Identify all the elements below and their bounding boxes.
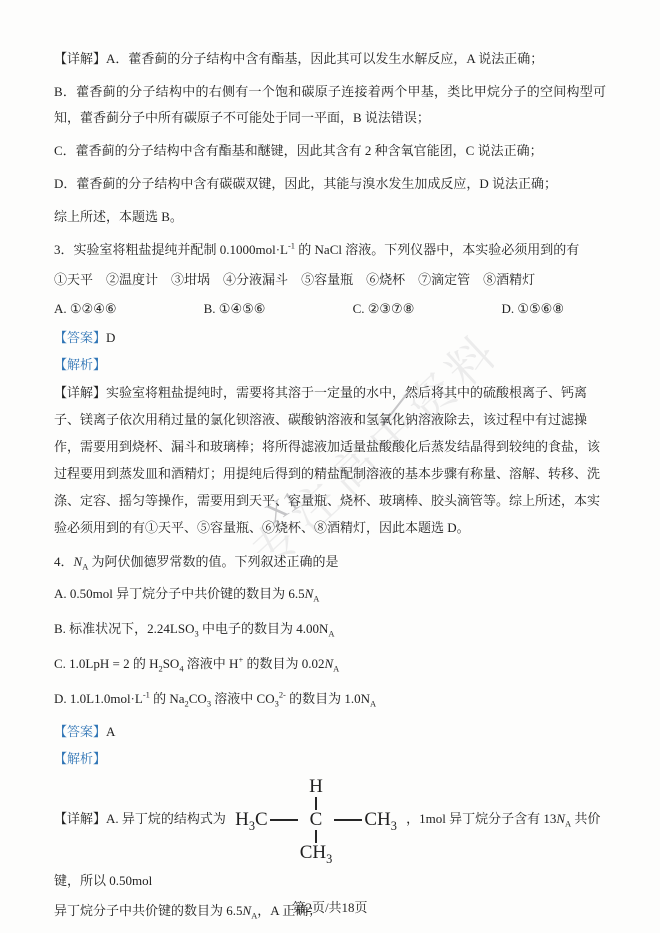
q3-option-d: D. ①⑤⑥⑧ [501, 296, 564, 322]
q4-answer-line: 【答案】A [54, 719, 606, 744]
q3-detail-paragraph: 【详解】实验室将粗盐提纯时，需要将其溶于一定量的水中，然后将其中的硫酸根离子、钙… [54, 379, 606, 541]
bond-horizontal-right [334, 819, 362, 821]
document-page: 专注高中资料 X1 【详解】A．藿香蓟的分子结构中含有酯基，因此其可以发生水解反… [0, 0, 660, 924]
q3-instrument-5: ⑤容量瓶 [301, 267, 353, 293]
q3-options-row: A. ①②④⑥ B. ①④⑤⑥ C. ②③⑦⑧ D. ①⑤⑥⑧ [54, 296, 606, 322]
q3-option-a: A. ①②④⑥ [54, 296, 117, 322]
q3-analysis-line: 【解析】 [54, 352, 606, 377]
q2-detail-option-d: D．藿香蓟的分子结构中含有碳碳双键，因此，其能与溴水发生加成反应，D 说法正确； [54, 171, 606, 197]
structure-group-ch3-right: CH3 [364, 810, 397, 830]
q4-answer-value: A [106, 724, 115, 739]
structure-group-ch3-bottom: CH3 [300, 843, 333, 863]
q3-answer-label: 【答案】 [54, 330, 106, 345]
q4-option-c: C. 1.0LpH = 2 的 H2SO4 溶液中 H+ 的数目为 0.02NA [54, 649, 606, 679]
structure-atom-h-top: H [309, 777, 323, 797]
q4-analysis-label: 【解析】 [54, 751, 106, 766]
isobutane-structure: H H3C C CH3 CH3 [235, 777, 397, 863]
q4-stem: 4．NA 为阿伏伽德罗常数的值。下列叙述正确的是 [54, 549, 606, 575]
q4-option-b: B. 标准状况下，2.24LSO3 中电子的数目为 4.00NA [54, 614, 606, 644]
q3-instrument-4: ④分液漏斗 [223, 267, 288, 293]
q2-detail-option-b: B．藿香蓟的分子结构中的右侧有一个饱和碳原子连接着两个甲基，类比甲烷分子的空间构… [54, 79, 606, 131]
q3-instrument-8: ⑧酒精灯 [483, 267, 535, 293]
q4-detail-paragraph: 【详解】A. 异丁烷的结构式为 H H3C C CH3 CH3 ，1mol 异丁… [54, 773, 606, 894]
q4-answer-label: 【答案】 [54, 724, 106, 739]
q4-detail-pre: 【详解】A. 异丁烷的结构式为 [54, 811, 226, 826]
q3-stem: 3．实验室将粗盐提纯并配制 0.1000mol·L-1 的 NaCl 溶液。下列… [54, 237, 606, 263]
q2-detail-option-c: C．藿香蓟的分子结构中含有酯基和醚键，因此其含有 2 种含氧官能团，C 说法正确… [54, 138, 606, 164]
q4-option-d: D. 1.0L1.0mol·L-1 的 Na2CO3 溶液中 CO32- 的数目… [54, 684, 606, 714]
q3-instrument-7: ⑦滴定管 [418, 267, 470, 293]
q3-instrument-1: ①天平 [54, 267, 93, 293]
q4-analysis-line: 【解析】 [54, 746, 606, 771]
q3-analysis-label: 【解析】 [54, 357, 106, 372]
structure-group-h3c: H3C [235, 810, 268, 830]
q3-instrument-3: ③坩埚 [171, 267, 210, 293]
q2-detail-conclusion: 综上所述，本题选 B。 [54, 204, 606, 230]
q3-instrument-6: ⑥烧杯 [366, 267, 405, 293]
q3-instrument-2: ②温度计 [106, 267, 158, 293]
structure-atom-c-center: C [310, 810, 323, 830]
q3-answer-line: 【答案】D [54, 325, 606, 350]
q3-option-c: C. ②③⑦⑧ [353, 296, 415, 322]
q3-option-b: B. ①④⑤⑥ [204, 296, 266, 322]
q2-detail-option-a: 【详解】A．藿香蓟的分子结构中含有酯基，因此其可以发生水解反应，A 说法正确； [54, 46, 606, 72]
q3-answer-value: D [106, 330, 115, 345]
q3-instrument-list: ①天平 ②温度计 ③坩埚 ④分液漏斗 ⑤容量瓶 ⑥烧杯 ⑦滴定管 ⑧酒精灯 [54, 267, 606, 293]
q4-option-a: A. 0.50mol 异丁烷分子中共价键的数目为 6.5NA [54, 579, 606, 609]
page-footer: 第2页/共18页 [0, 897, 660, 916]
bond-horizontal-left [270, 819, 298, 821]
